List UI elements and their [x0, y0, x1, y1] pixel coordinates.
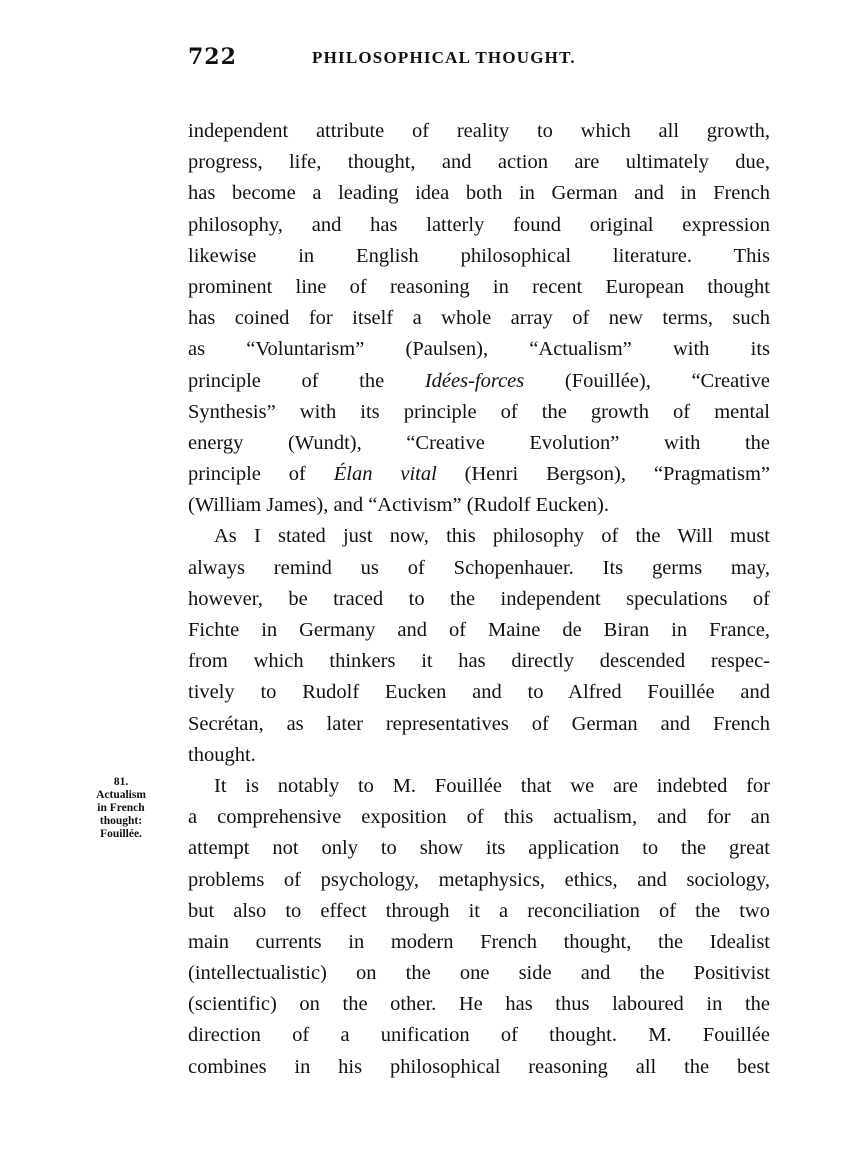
text-line: principle of Élan vital (Henri Bergson),… [188, 459, 770, 490]
text-line: has coined for itself a whole array of n… [188, 303, 770, 334]
text-run: principle of [188, 463, 334, 485]
sidenote-line: Fouillée. [88, 828, 154, 841]
text-run: (Henri Bergson), “Pragmatism” [437, 463, 770, 485]
text-line: but also to effect through it a reconcil… [188, 896, 770, 927]
text-run: principle of the [188, 370, 425, 392]
text-line: Fichte in Germany and of Maine de Biran … [188, 615, 770, 646]
italic-term: Idées-forces [425, 370, 524, 392]
text-line: philosophy, and has latterly found origi… [188, 210, 770, 241]
text-line: thought. [188, 740, 770, 771]
text-line: a comprehensive exposition of this actua… [188, 802, 770, 833]
text-line: principle of the Idées-forces (Fouillée)… [188, 366, 770, 397]
text-run: (Fouillée), “Creative [524, 370, 770, 392]
text-line: tively to Rudolf Eucken and to Alfred Fo… [188, 677, 770, 708]
text-line: (intellectualistic) on the one side and … [188, 958, 770, 989]
text-line: Secrétan, as later representatives of Ge… [188, 709, 770, 740]
running-title: PHILOSOPHICAL THOUGHT. [312, 48, 576, 68]
text-line: (William James), and “Activism” (Rudolf … [188, 490, 770, 521]
body-text: independent attribute of reality to whic… [188, 116, 770, 1083]
margin-sidenote: 81. Actualism in French thought: Fouillé… [88, 776, 154, 841]
page-number: 722 [188, 44, 237, 70]
text-line: has become a leading idea both in German… [188, 178, 770, 209]
text-line: prominent line of reasoning in recent Eu… [188, 272, 770, 303]
text-line: direction of a unification of thought. M… [188, 1020, 770, 1051]
text-line: always remind us of Schopenhauer. Its ge… [188, 553, 770, 584]
text-line: independent attribute of reality to whic… [188, 116, 770, 147]
text-line: Synthesis” with its principle of the gro… [188, 397, 770, 428]
text-line: likewise in English philosophical litera… [188, 241, 770, 272]
sidenote-number: 81. [88, 776, 154, 789]
text-line: however, be traced to the independent sp… [188, 584, 770, 615]
page-header: 722 PHILOSOPHICAL THOUGHT. [188, 44, 770, 74]
sidenote-line: Actualism [88, 789, 154, 802]
text-line: problems of psychology, metaphysics, eth… [188, 865, 770, 896]
text-line: (scientific) on the other. He has thus l… [188, 989, 770, 1020]
text-line: energy (Wundt), “Creative Evolution” wit… [188, 428, 770, 459]
text-line: progress, life, thought, and action are … [188, 147, 770, 178]
sidenote-line: thought: [88, 815, 154, 828]
italic-term: Élan vital [334, 463, 437, 485]
sidenote-line: in French [88, 802, 154, 815]
paragraph-first-line: As I stated just now, this philosophy of… [188, 521, 770, 552]
text-line: from which thinkers it has directly desc… [188, 646, 770, 677]
text-line: main currents in modern French thought, … [188, 927, 770, 958]
text-line: as “Voluntarism” (Paulsen), “Actualism” … [188, 334, 770, 365]
text-line: combines in his philosophical reasoning … [188, 1052, 770, 1083]
paragraph-first-line: It is notably to M. Fouillée that we are… [188, 771, 770, 802]
text-line: attempt not only to show its application… [188, 833, 770, 864]
